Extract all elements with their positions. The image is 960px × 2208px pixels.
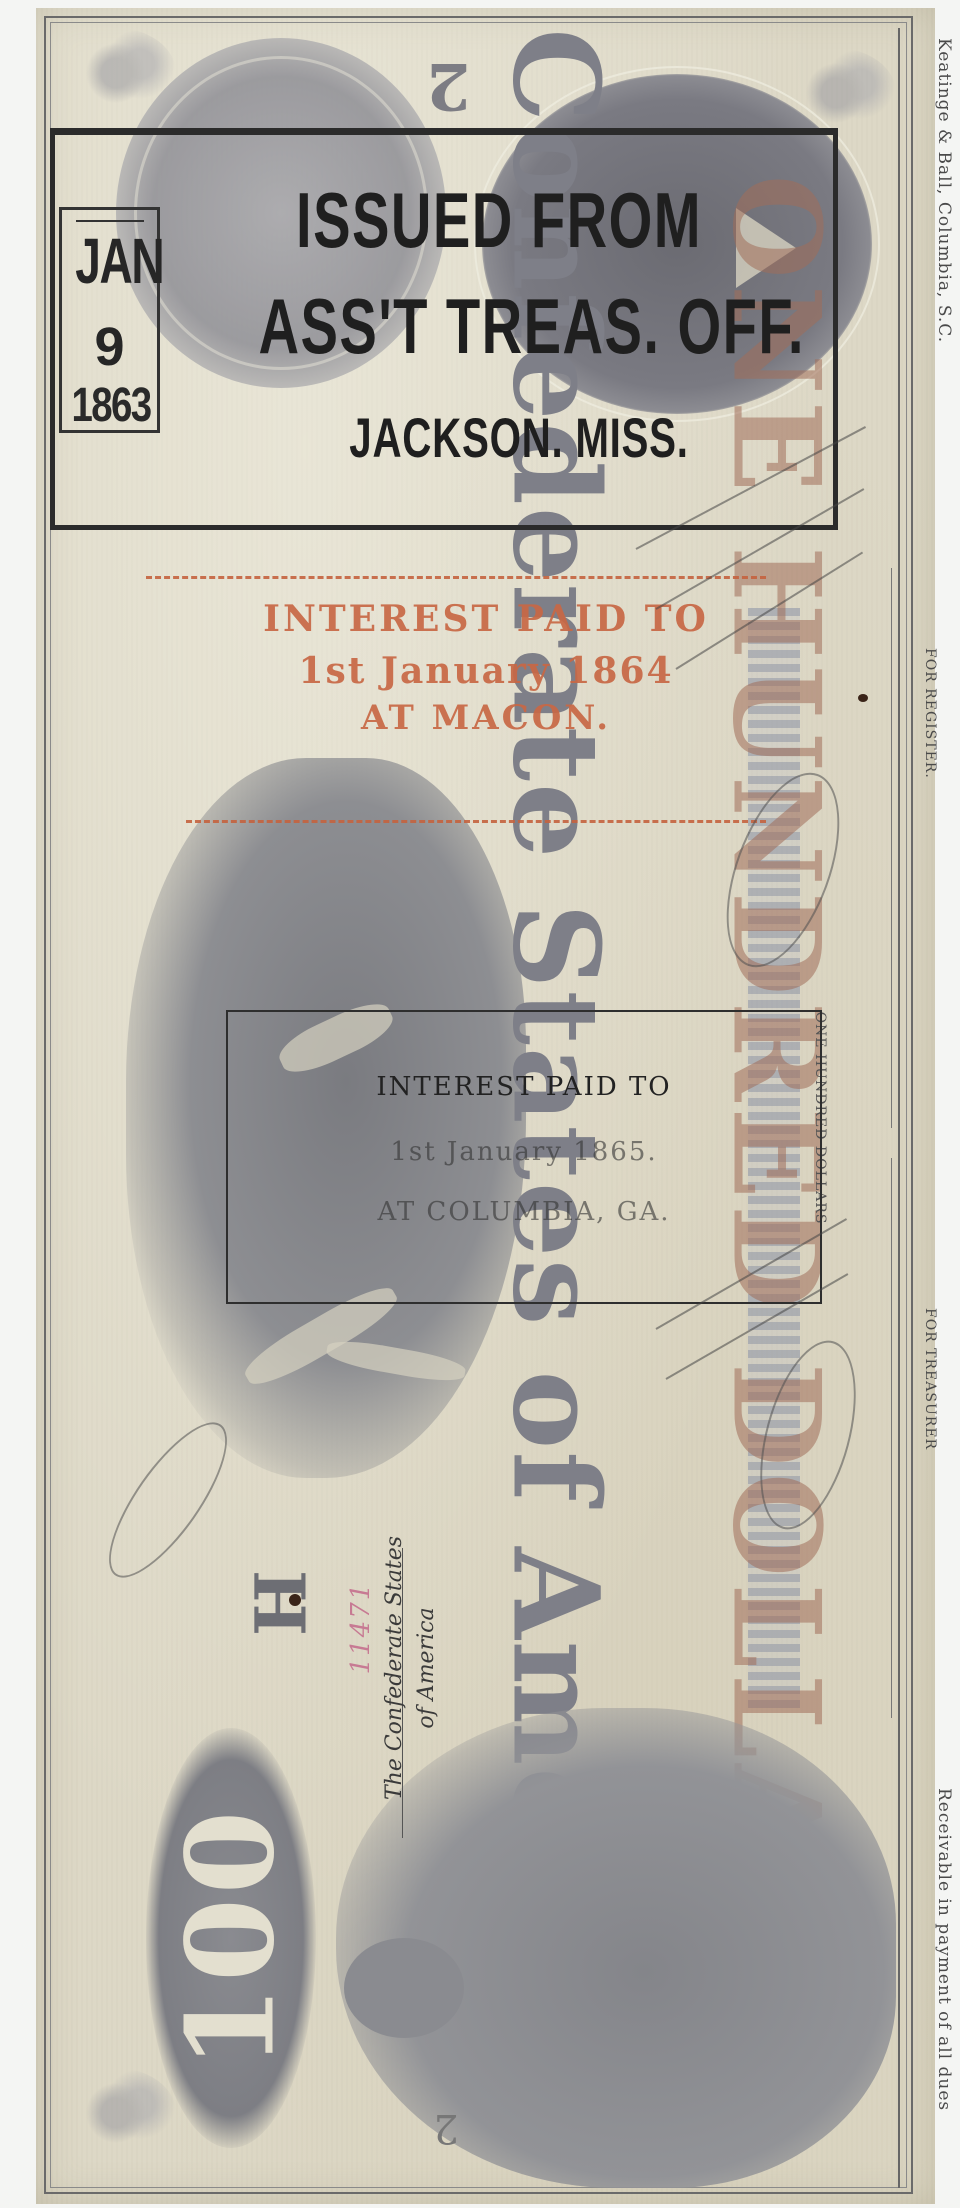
date-month: JAN: [75, 224, 143, 298]
banknote: 2 ONE HUNDRED DOLLARS ONE HUNDRED DOLLAR…: [36, 8, 935, 2204]
label-for-treasurer: FOR TREASURER: [922, 1308, 938, 1450]
red-stamp-line-2: 1st January 1864: [206, 650, 766, 692]
interest-stamp-black: INTEREST PAID TO 1st January 1865. AT CO…: [226, 1010, 822, 1304]
right-rule-outer: [898, 28, 900, 2188]
date-year: 1863: [72, 378, 148, 433]
black-stamp-line-3: AT COLUMBIA, GA.: [228, 1197, 820, 1227]
red-rule-top: [146, 576, 766, 579]
bottom-numeral: 2: [433, 2105, 458, 2151]
serial-number: 11471: [346, 1582, 376, 1675]
red-rule-bottom: [186, 820, 766, 823]
date-day: 9: [62, 316, 157, 378]
plate-letter: H: [240, 1570, 323, 1636]
corner-ornament-bottom-left: [56, 2068, 176, 2158]
label-for-register: FOR REGISTER.: [922, 648, 938, 779]
printer-imprint: Keatinge & Ball, Columbia, S.C.: [934, 38, 954, 343]
black-stamp-line-2: 1st January 1865.: [228, 1137, 820, 1167]
black-stamp-line-1: INTEREST PAID TO: [228, 1072, 820, 1102]
register-signature-line: [891, 568, 892, 1128]
ink-spot: [858, 694, 868, 702]
denomination-numeral: 100: [161, 1807, 302, 2070]
issued-stamp-line-3: JACKSON. MISS.: [293, 405, 745, 470]
issued-stamp-line-1: ISSUED FROM: [259, 175, 740, 266]
ink-spot: [289, 1594, 301, 1606]
receivable-imprint: Receivable in payment of all dues: [934, 1788, 954, 2111]
red-stamp-line-1: INTEREST PAID TO: [206, 598, 766, 640]
issuer-text: The Confederate States of America: [379, 1536, 443, 1800]
date-stamp: JAN 9 1863: [59, 207, 160, 433]
red-stamp-line-3: AT MACON.: [206, 698, 766, 738]
issued-stamp: JAN 9 1863 ISSUED FROM ASS'T TREAS. OFF.…: [50, 128, 838, 530]
interest-stamp-red: INTEREST PAID TO 1st January 1864 AT MAC…: [206, 598, 766, 738]
issued-stamp-line-2: ASS'T TREAS. OFF.: [259, 281, 740, 372]
treasurer-signature-line: [891, 1158, 892, 1718]
top-numeral: 2: [426, 48, 471, 123]
